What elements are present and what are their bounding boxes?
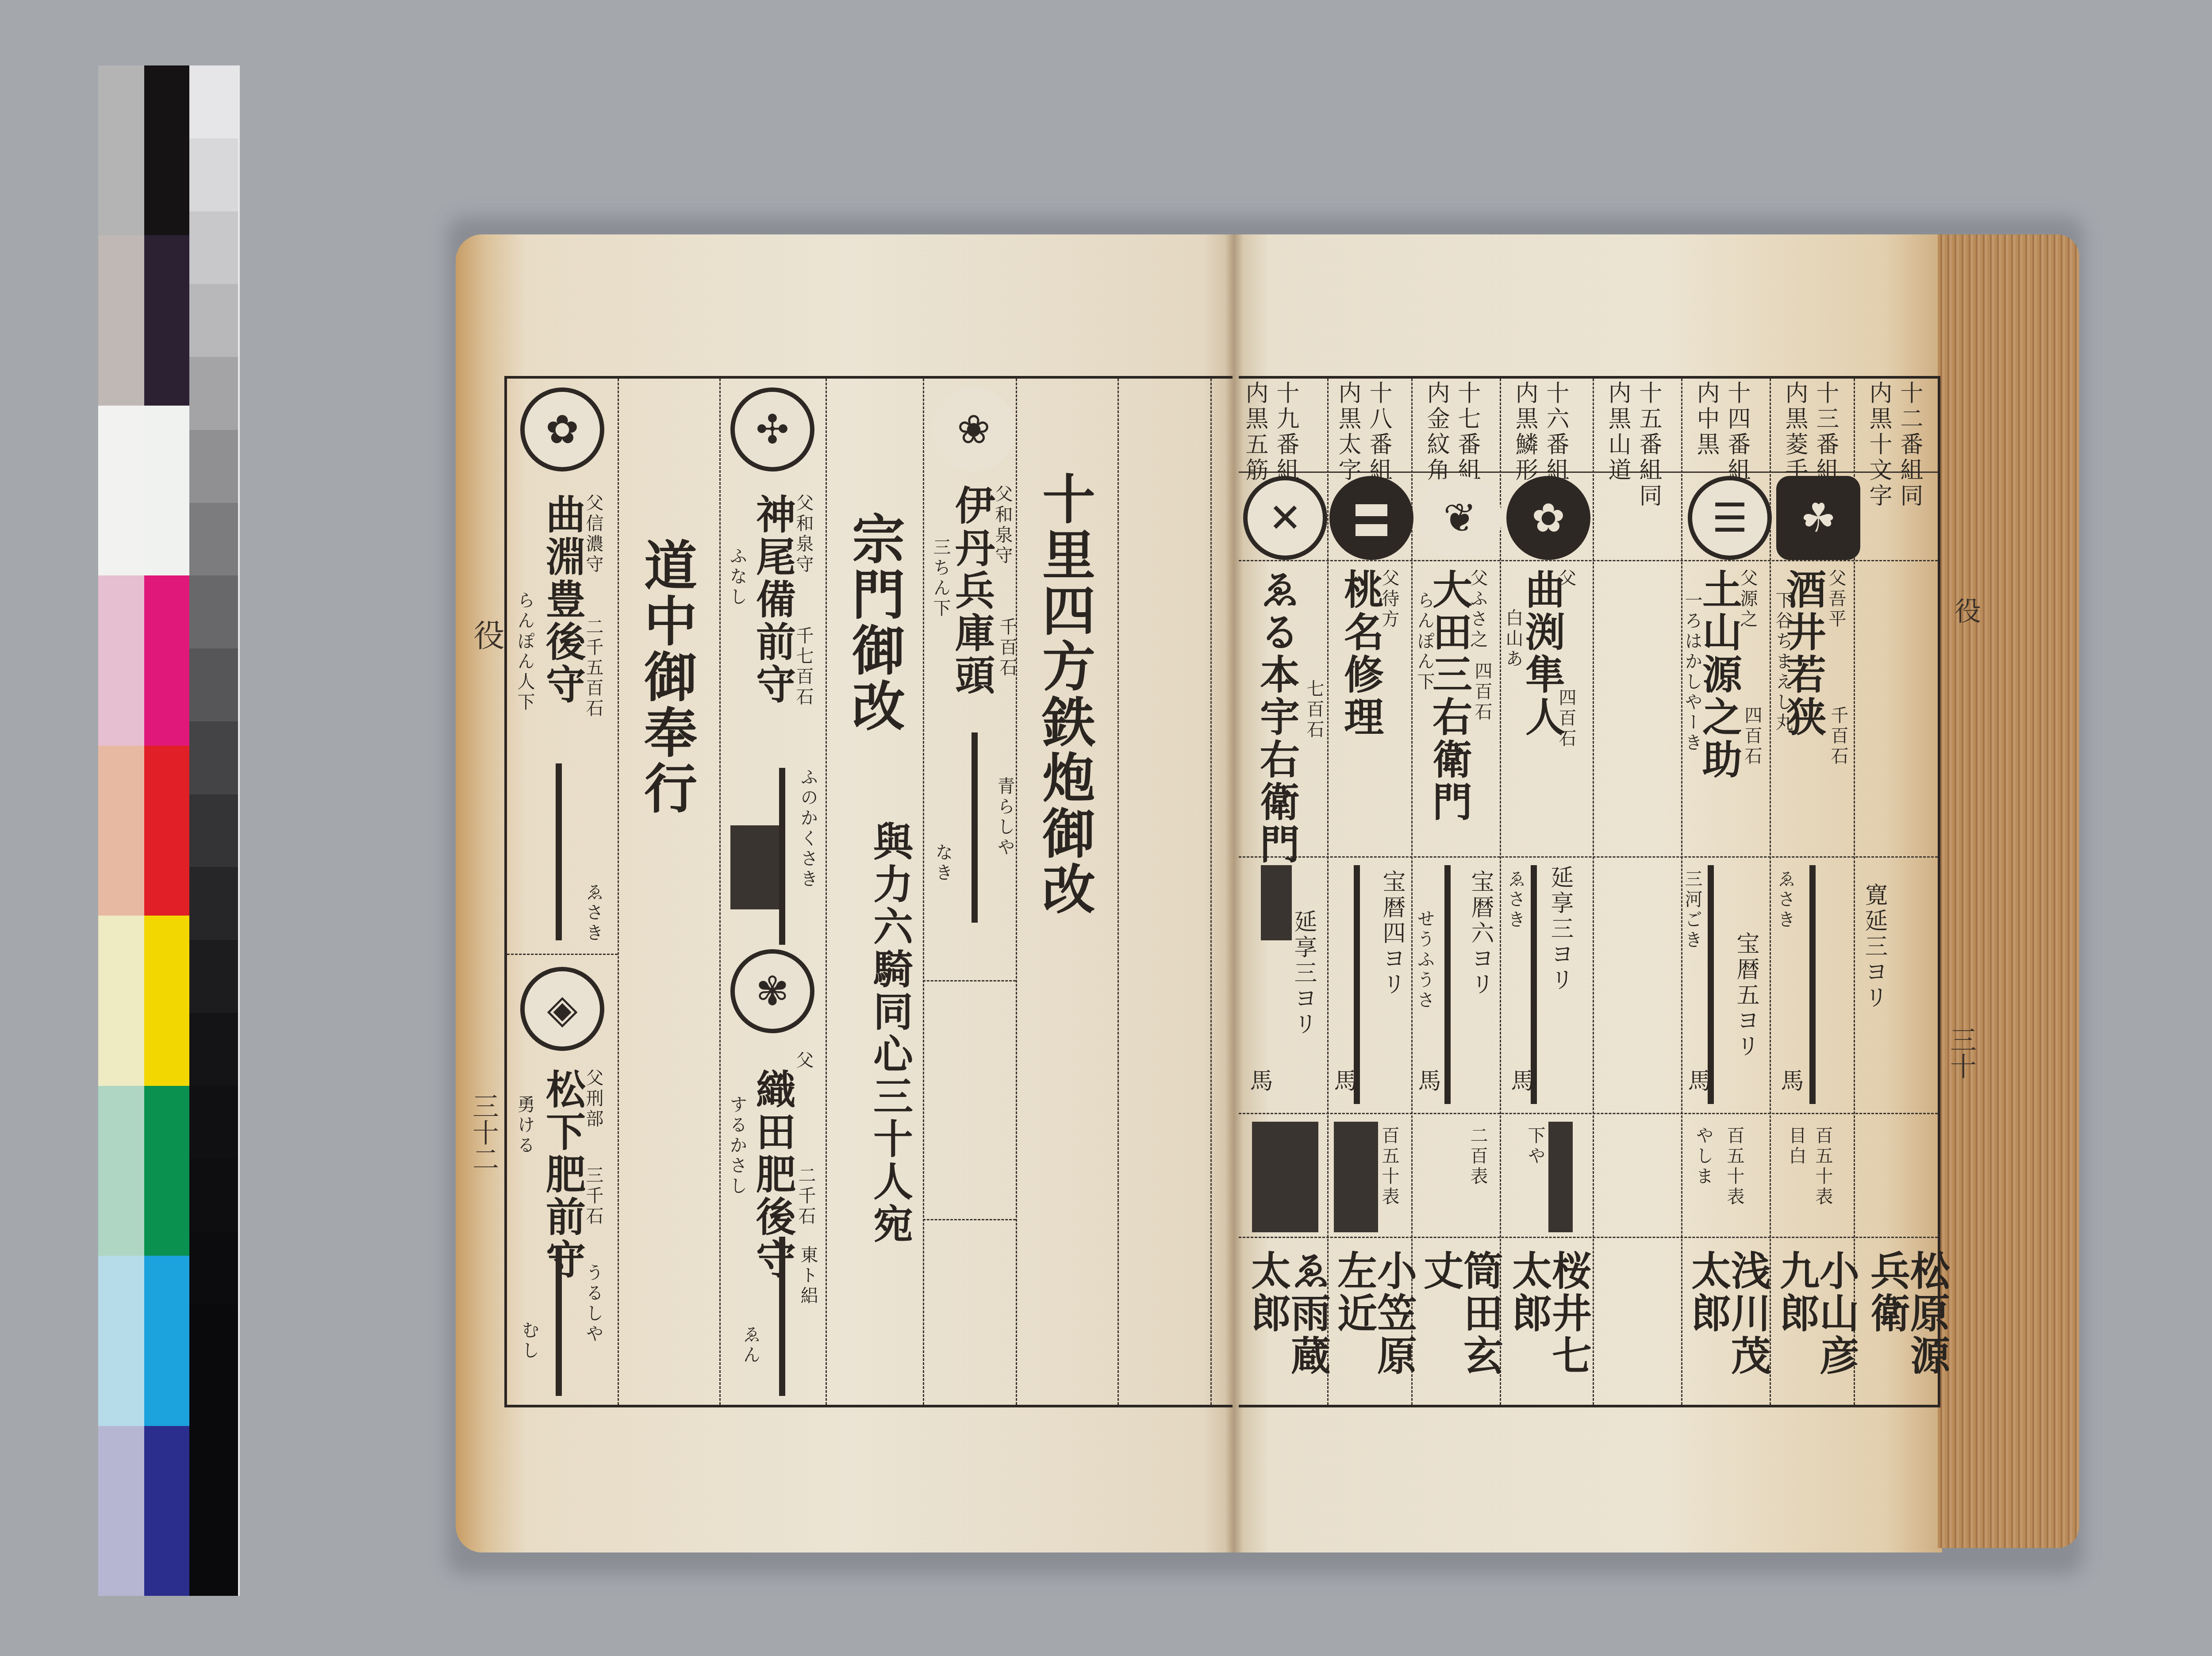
official-name: 織田肥後守: [753, 1069, 792, 1281]
clover-crest-icon: ☘: [1776, 476, 1860, 560]
spear-note: うるしや: [584, 1263, 602, 1345]
stipend: 千百石: [1829, 706, 1847, 767]
group-header: 十二番組同: [1898, 381, 1921, 509]
horse-mark: 馬: [1332, 1069, 1355, 1094]
color-patch: [189, 65, 238, 138]
color-patch: [98, 746, 150, 916]
color-patch: [189, 794, 238, 867]
box-note: むし: [520, 1321, 538, 1361]
group-mark: 内黒菱手: [1783, 381, 1806, 483]
color-patch: [98, 65, 150, 235]
spear-emblem-icon: [779, 1237, 785, 1396]
right-page-number: 三十: [1942, 1026, 1980, 1079]
father-label: 父吾平: [1827, 569, 1845, 630]
group-mark: 内黒鱗形: [1513, 381, 1536, 483]
horse-mark: 馬: [1416, 1069, 1439, 1094]
office-title: 宗門御改: [848, 511, 901, 734]
father-label: 父信濃守: [584, 494, 602, 575]
flower-crest-icon: ✿: [1506, 476, 1590, 560]
stipend-row-divider: [1239, 1237, 1938, 1238]
spear-note: 三河ごき: [1683, 870, 1701, 951]
row-divider: [923, 1219, 1016, 1220]
crossed-feathers-crest-icon: ✕: [1243, 476, 1327, 560]
box-note: ゑん: [741, 1325, 759, 1366]
right-table-frame: 十二番組同 内黒十文字 十三番組同 内黒菱手 十四番組同 内中黒 十五番組同 内…: [1239, 376, 1940, 1407]
spear-note: ゑさき: [1776, 870, 1794, 931]
appointment-year: 寛延三ヨリ: [1863, 883, 1886, 1011]
stipend: 四百石: [1743, 706, 1761, 767]
color-patch: [189, 721, 238, 794]
color-patch: [144, 916, 194, 1085]
group-header: 十五番組同: [1637, 381, 1660, 509]
color-patch: [189, 284, 238, 357]
official-name: 神尾備前守: [753, 494, 792, 706]
divider: [1593, 379, 1594, 1405]
official-name: ゑる本宇右衛門: [1256, 569, 1296, 866]
color-calibration-chart: [98, 65, 240, 1596]
checker-pastel-column: [98, 65, 150, 1596]
spear-emblem-icon: [1531, 865, 1537, 1104]
official-name: 土山源之助: [1699, 569, 1739, 781]
color-patch: [144, 406, 194, 575]
appointment-year: 宝暦四ヨリ: [1380, 870, 1403, 998]
group-mark: 内黒山道: [1606, 381, 1629, 483]
open-book: 役 三十二 役 三十 ✿ 父信濃守 曲淵豊後守 二千五百石 らんぽん人下 ゑさき…: [442, 208, 2079, 1561]
color-patch: [189, 430, 238, 503]
spear-note: ゑさき: [1506, 870, 1524, 931]
stipend: 千七百石: [795, 626, 812, 708]
row-divider: [507, 954, 618, 955]
officer-name: 桜井七太郎: [1509, 1250, 1588, 1405]
residence-note: 勇ける: [516, 1095, 534, 1156]
checker-saturated-column: [144, 65, 194, 1596]
color-patch: [98, 916, 150, 1085]
office-subtitle: 與力六騎同心三十人宛: [870, 821, 910, 1246]
stipend: 三千石: [584, 1166, 602, 1227]
color-patch: [144, 1256, 194, 1426]
retainer-residence: 目白: [1787, 1126, 1805, 1167]
fore-edge-pages: [1938, 234, 2079, 1548]
black-banner-block: [1334, 1122, 1378, 1232]
official-name: 桃名修理: [1340, 569, 1380, 739]
color-patch: [189, 575, 238, 648]
group-mark: 内中黒: [1694, 381, 1717, 458]
color-patch: [144, 1426, 194, 1596]
group-mark: 内黒太字: [1336, 381, 1359, 483]
color-patch: [98, 575, 150, 745]
appointment-year: 延享三ヨリ: [1548, 865, 1571, 993]
divider: [618, 379, 619, 1405]
striped-circle-crest-icon: ☰: [1688, 476, 1772, 560]
family-crest-icon: ◈: [520, 967, 604, 1051]
residence-note: ふなし: [728, 547, 746, 608]
father-label: 父和泉守: [795, 494, 812, 575]
official-name: 曲淵豊後守: [542, 494, 582, 706]
father-label: 父刑部: [584, 1069, 602, 1130]
black-banner-block: [1261, 865, 1292, 940]
group-mark: 内金紋角: [1425, 381, 1448, 483]
left-margin-label: 役: [465, 619, 509, 650]
year-row-divider: [1239, 1113, 1938, 1114]
horse-mark: 馬: [1509, 1069, 1532, 1094]
color-patch: [189, 648, 238, 721]
stipend: 二千石: [797, 1166, 814, 1227]
divider: [719, 379, 721, 1405]
color-patch: [144, 65, 194, 235]
color-patch: [189, 940, 238, 1013]
stipend: 四百石: [1557, 688, 1575, 749]
color-patch: [98, 1086, 150, 1256]
divider: [1016, 379, 1017, 1405]
color-patch: [189, 1450, 238, 1523]
box-note: なき: [934, 843, 952, 884]
row-divider: [923, 980, 1016, 981]
officer-name: 小山彦九郎: [1776, 1250, 1856, 1405]
color-patch: [98, 235, 150, 405]
color-patch: [144, 1086, 194, 1256]
officer-name: ゑ雨蔵太郎: [1248, 1250, 1327, 1405]
color-patch: [189, 1377, 238, 1450]
left-table-frame: ✿ 父信濃守 曲淵豊後守 二千五百石 らんぽん人下 ゑさき ◈ 父刑部 松下肥前…: [504, 376, 1233, 1407]
retainer-stipend: 百五十表: [1725, 1126, 1743, 1207]
paulownia-crest-icon: ❦: [1418, 476, 1502, 560]
name-row-divider: [1239, 856, 1938, 858]
spear-note: 青らしや: [996, 777, 1014, 858]
color-patch: [98, 1256, 150, 1426]
office-title: 十里四方鉄炮御改: [1038, 471, 1091, 917]
black-banner-block: [1548, 1122, 1573, 1232]
officer-name: 浅川茂太郎: [1688, 1250, 1767, 1405]
officer-name: 筒田玄丈: [1420, 1250, 1500, 1405]
horse-mark: 馬: [1778, 1069, 1801, 1094]
black-banner-block: [730, 825, 779, 909]
spear-emblem-icon: [1809, 865, 1816, 1104]
retainer-stipend: 百五十表: [1380, 1126, 1398, 1207]
residence-note: 白山あ: [1504, 609, 1522, 670]
black-banner-block: [1252, 1122, 1318, 1232]
retainer-residence: 下や: [1526, 1126, 1544, 1167]
color-patch: [189, 1086, 238, 1159]
color-patch: [189, 1523, 238, 1596]
spear-emblem-icon: [556, 1246, 562, 1396]
color-patch: [189, 138, 238, 211]
crest-row-divider: [1239, 560, 1938, 561]
residence-note: 三ちん下: [932, 538, 949, 619]
stipend: 二千五百石: [584, 617, 602, 719]
color-patch: [189, 211, 238, 284]
residence-note: らんぽん人下: [516, 591, 534, 713]
divider: [923, 379, 924, 1405]
group-mark: 内黒五筋: [1243, 381, 1266, 483]
right-margin-label: 役: [1947, 597, 1985, 624]
color-patch: [189, 357, 238, 430]
spear-note: 東ト絽: [799, 1246, 817, 1307]
color-patch: [189, 1304, 238, 1377]
horse-mark: 馬: [1686, 1069, 1709, 1094]
family-crest-icon: ✾: [730, 949, 814, 1033]
official-name: 伊丹兵庫頭: [952, 485, 991, 697]
spear-note: ゑさき: [584, 883, 602, 944]
divider: [1210, 379, 1212, 1405]
color-patch: [98, 1426, 150, 1596]
appointment-year: 宝暦六ヨリ: [1469, 870, 1492, 998]
stipend: 千百石: [998, 617, 1016, 678]
left-page-number: 三十二: [465, 1092, 503, 1172]
color-patch: [144, 746, 194, 916]
retainer-residence: やしま: [1694, 1126, 1712, 1187]
group-mark: 内黒十文字: [1867, 381, 1890, 509]
retainer-stipend: 百五十表: [1814, 1126, 1832, 1207]
spear-emblem-icon: [972, 732, 978, 923]
residence-note: らんぽん下: [1416, 591, 1433, 693]
family-crest-icon: ✣: [730, 387, 814, 471]
spear-note: せうふうさ: [1416, 909, 1433, 1011]
spear-emblem-icon: [779, 768, 785, 945]
spear-emblem-icon: [556, 763, 562, 940]
father-label: 父和泉守: [994, 485, 1011, 566]
spear-emblem-icon: [1354, 865, 1360, 1104]
stipend: 七百石: [1305, 679, 1323, 740]
father-label: 父: [795, 1051, 812, 1071]
divider: [1118, 379, 1119, 1405]
horse-mark: 馬: [1248, 1069, 1271, 1094]
color-patch: [189, 1231, 238, 1304]
office-title: 道中御奉行: [640, 538, 693, 816]
residence-note: するかさし: [728, 1095, 746, 1197]
residence-note: 一ろはかしやーき: [1683, 591, 1701, 754]
family-crest-icon: ❀: [932, 387, 1016, 471]
officer-name: 小笠原左近: [1334, 1250, 1413, 1405]
color-patch: [189, 867, 238, 940]
stipend: 四百石: [1473, 662, 1491, 723]
spear-emblem-icon: [1444, 865, 1451, 1104]
official-name: 大田三右衛門: [1429, 569, 1469, 824]
color-patch: [189, 1013, 238, 1086]
color-patch: [144, 575, 194, 745]
checker-grayscale-strip: [189, 65, 238, 1596]
retainer-stipend: 二百表: [1469, 1126, 1486, 1187]
color-patch: [144, 235, 194, 405]
color-patch: [189, 1158, 238, 1231]
official-name: 松下肥前守: [542, 1069, 582, 1281]
officer-name: 松原源兵衛: [1867, 1250, 1947, 1405]
spear-emblem-icon: [1708, 865, 1714, 1104]
family-crest-icon: ✿: [520, 387, 604, 471]
spear-note: ふのかくさき: [799, 768, 817, 890]
two-bars-crest-icon: 〓: [1329, 476, 1413, 560]
color-patch: [98, 406, 150, 575]
appointment-year: 宝暦五ヨリ: [1734, 931, 1757, 1060]
appointment-year: 延享三ヨリ: [1292, 909, 1315, 1038]
divider: [826, 379, 827, 1405]
color-patch: [189, 503, 238, 576]
residence-note: 下谷ちまえし丸: [1774, 591, 1792, 733]
